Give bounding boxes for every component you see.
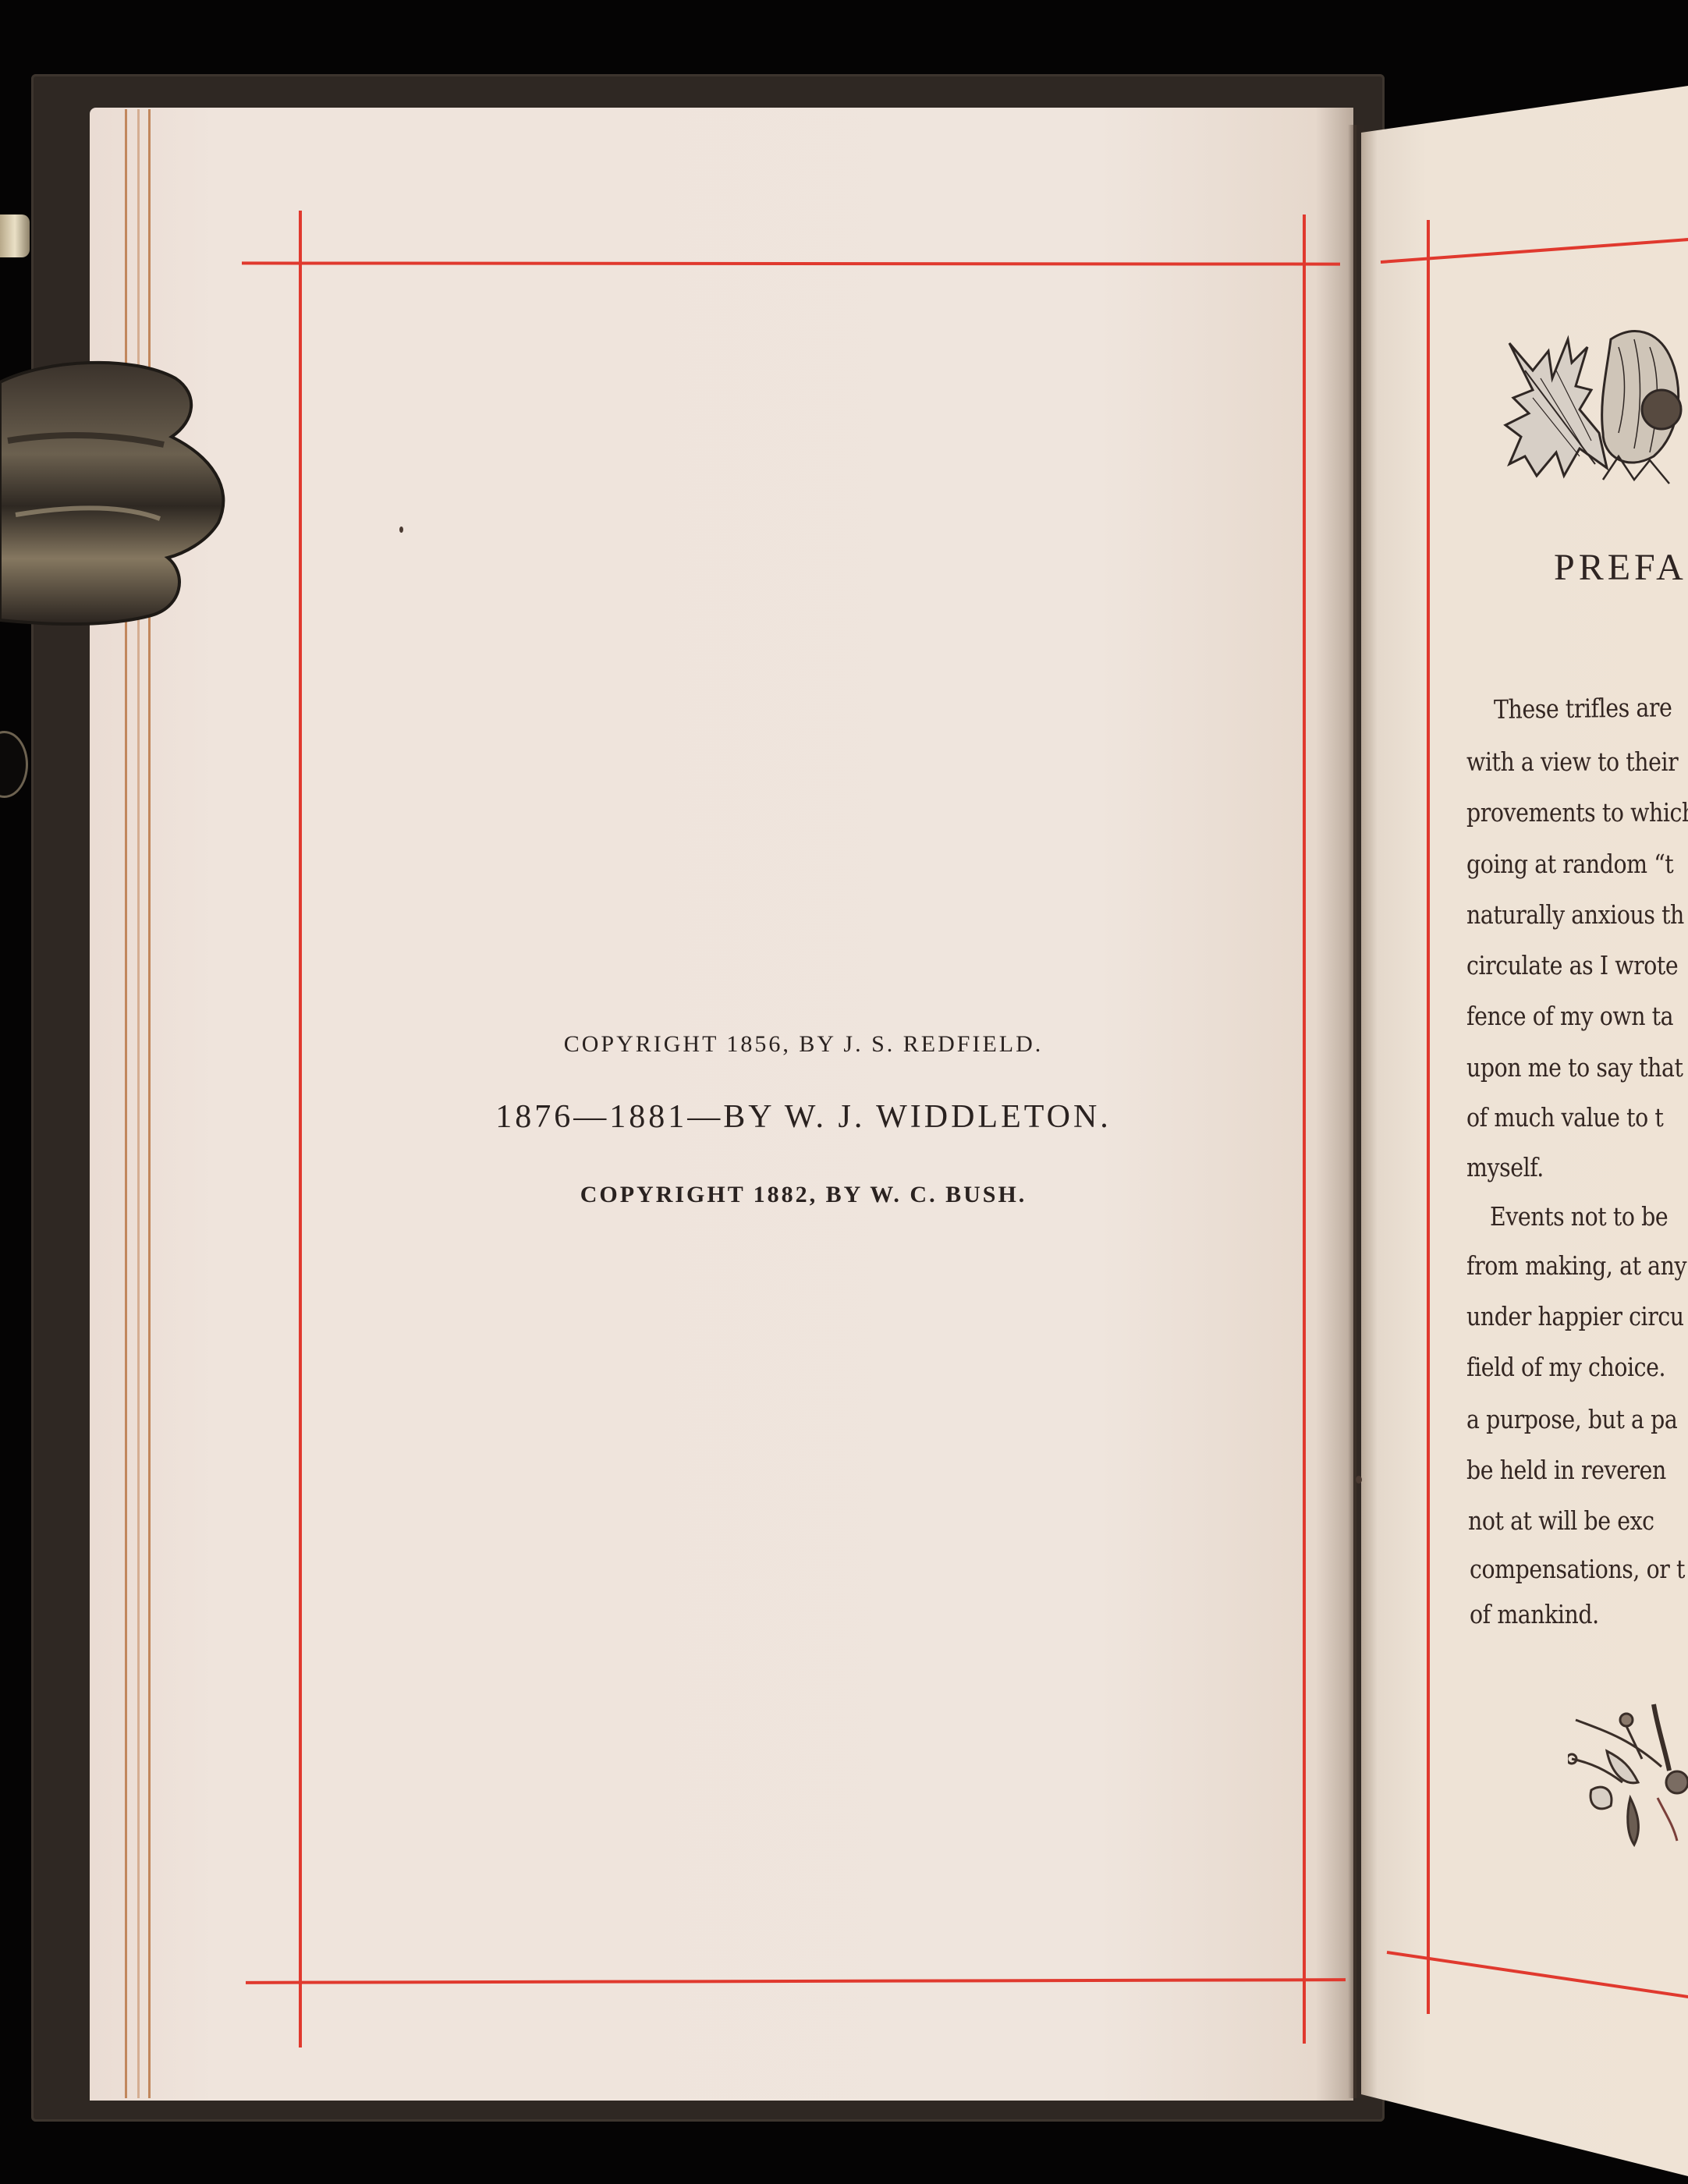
body-text-line: provements to which [1466, 797, 1688, 828]
preface-title: PREFACE [1554, 546, 1688, 589]
body-text-line: naturally anxious th [1466, 899, 1684, 930]
copyright-line-1: COPYRIGHT 1856, BY J. S. REDFIELD. [300, 1031, 1307, 1058]
body-text-line: not at will be exc [1468, 1505, 1654, 1536]
body-text-line: of much value to t [1466, 1102, 1663, 1133]
body-text-line: going at random “t [1466, 849, 1673, 879]
copyright-line-2: 1876—1881—BY W. J. WIDDLETON. [300, 1098, 1307, 1136]
body-text-line: a purpose, but a pa [1466, 1404, 1677, 1434]
body-text-line: compensations, or t [1470, 1554, 1685, 1584]
thistle-ornament-icon [1502, 324, 1688, 491]
body-text-line: fence of my own ta [1466, 1001, 1673, 1031]
body-text-line: from making, at any [1466, 1250, 1686, 1281]
body-text-line: Events not to be [1490, 1201, 1668, 1232]
body-text-line: with a view to their [1466, 746, 1678, 777]
metal-clasp-icon [0, 347, 234, 628]
clasp-pin-icon [0, 214, 30, 257]
body-text-line: circulate as I wrote [1466, 950, 1678, 980]
body-text-line: myself. [1466, 1152, 1544, 1182]
floral-ornament-icon [1568, 1696, 1688, 1852]
body-text-line: These trifles are [1494, 692, 1672, 725]
body-text-line: upon me to say that [1466, 1052, 1683, 1083]
body-text-line: field of my choice. [1466, 1352, 1665, 1382]
paper-speck [1356, 1476, 1362, 1484]
paper-speck [399, 526, 403, 533]
copyright-line-3: COPYRIGHT 1882, BY W. C. BUSH. [300, 1182, 1307, 1208]
body-text-line: under happier circu [1466, 1301, 1684, 1331]
body-text-line: be held in reveren [1466, 1455, 1666, 1485]
red-rule-left-right-page [1427, 220, 1430, 2014]
body-text-line: of mankind. [1470, 1599, 1599, 1629]
clasp-hole-icon [0, 733, 26, 796]
